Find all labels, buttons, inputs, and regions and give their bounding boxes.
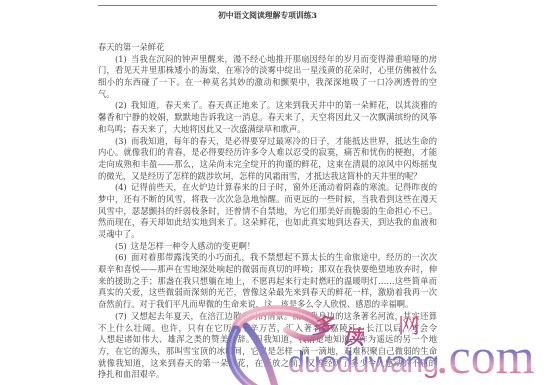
paragraph-line: 真实的关爱，这些微弱而深刻的光芒，曾像这朵最先来到春天的鲜花一样，激励着我再一次 [98, 287, 437, 299]
paragraph-line: 就像我知道，这来到春天的第一朵鲜花，在开放之前，又曾经历了多少令人感动的不屈的 [98, 358, 437, 370]
paragraph-line: 气。 [98, 89, 437, 101]
paragraph-line: 内心。就像我们的青春，是必得要经历许多令人难以忍受的寂寞，痛苦和忧伤的梗抱，才能 [98, 147, 437, 159]
paragraph-line: 方，在它的源头，那叫雪宝顶的冰峰间，它又是怎样一滴一滴地，艰难积聚自己微弱的生命 [98, 346, 437, 358]
paragraph-7: (7)又想起去年夏天，在涪江边散步时的情景。流经我身边的这条著名河流，其实还算 … [98, 311, 437, 381]
paragraph-number: (6) [115, 252, 127, 262]
line-text: 记得前些天，在火炉边计算春来的日子时，窗外还涌动着阴森的寒流。记得昨夜的 [131, 182, 437, 192]
paragraph-number: (1) [115, 54, 127, 64]
paragraph-number: (7) [115, 311, 127, 321]
paragraph-line: 馨香和宁静的姣娟，默默地告诉我这一消息。春天来了，天空将因此又一次飘满缤纷的风筝 [98, 112, 437, 124]
paragraph-line: 风雪中，瑟瑟颤抖的纤弱枝条时，还曾情不自禁地，为它们那美好而脆弱的生命担心不已。 [98, 206, 437, 218]
paragraph-line: 灵魂中了。 [98, 229, 437, 241]
paragraph-line: 不上什么壮阔。也许，只有在它历经千辛万苦，汇入著名的嘉陵江、长江以后，才会令 [98, 323, 437, 335]
paragraph-line: 艰辛和喜悦——那声在雪地深处响起的微弱而真切的呼唤；那双在我快要绝望地放弃时，伸 [98, 264, 437, 276]
paragraph-line: (3)而我知道，每年的春天，是必得要穿过最寒冷的日子，才能抵达世界，抵达生命的 [98, 136, 437, 148]
paragraph-line: 挣扎和血泪艰辛。 [98, 369, 437, 381]
article-title: 春天的第一朵鲜花 [98, 42, 437, 54]
paragraph-line: 细小的东西碰了一下。在一种莫名其妙的激动和颤栗中，我深深地吸了一口冷冽透骨的空 [98, 77, 437, 89]
watermark-domain-tld: .com [436, 331, 535, 381]
paragraph-line: 然而现在，春天却如此结实地到来了。这朵鲜花，也如此真实地到达春天，到达我的血液和 [98, 217, 437, 229]
header-title: 初中语文阅读理解专项训练3 [98, 11, 437, 21]
document-body: 春天的第一朵鲜花 (1)当我在沉闷的钟声里醒来，漫不经心地推开那扇因经年的岁月而… [98, 42, 437, 381]
paragraph-number: (5) [115, 241, 127, 251]
line-text: 这是怎样一种令人感动的变更啊！ [131, 241, 255, 251]
paragraph-line: 门，看见天井里那株矮小的海棠，在寒冷的淡雾中绽出一星浅黄的花朵时，心里仿佛被什么 [98, 65, 437, 77]
paragraph-number: (4) [115, 182, 127, 192]
line-text: 而我知道，每年的春天，是必得要穿过最寒冷的日子，才能抵达世界，抵达生命的 [131, 136, 437, 146]
paragraph-line: (2)我知道，春天来了。春天真正地来了。这来到我天井中的第一朵鲜花，以其淡雅的 [98, 100, 437, 112]
paragraph-line: 来的援助之手；那盏在我只想躺在地上，不愿再起来行走时燃旺的温暖明灯……这些简单而 [98, 276, 437, 288]
paragraph-4: (4)记得前些天，在火炉边计算春来的日子时，窗外还涌动着阴森的寒流。记得昨夜的 … [98, 182, 437, 240]
paragraph-line: 人想起诸如伟大、雄浑之类的赞美言辞。但我知道，我清楚地知道，作为遥远的另一个地 [98, 334, 437, 346]
paragraph-number: (2) [115, 100, 127, 110]
line-text: 又想起去年夏天，在涪江边散步时的情景。流经我身边的这条著名河流，其实还算 [131, 311, 437, 321]
paragraph-6: (6)面对着那带露浅笑的小巧面孔，我不禁想起不算太长的生命旅途中，经历的一次次 … [98, 252, 437, 310]
paragraph-line: 奋然前行。对于我们平凡而卑微的生命来说，这，该是多么令人欣悦、感恩的幸福啊。 [98, 299, 437, 311]
paragraph-5: (5)这是怎样一种令人感动的变更啊！ [98, 241, 437, 253]
paragraph-line: (4)记得前些天，在火炉边计算春来的日子时，窗外还涌动着阴森的寒流。记得昨夜的 [98, 182, 437, 194]
paragraph-line: 梦中，还有不断的风雪，将我一次次急急地惊醒。而更远的一些时候，当我看到这些在漫天 [98, 194, 437, 206]
paragraph-line: (5)这是怎样一种令人感动的变更啊！ [98, 241, 437, 253]
paragraph-line: (6)面对着那带露浅笑的小巧面孔，我不禁想起不算太长的生命旅途中，经历的一次次 [98, 252, 437, 264]
line-text: 面对着那带露浅笑的小巧面孔，我不禁想起不算太长的生命旅途中，经历的一次次 [131, 252, 437, 262]
paragraph-1: (1)当我在沉闷的钟声里醒来，漫不经心地推开那扇因经年的岁月而变得滞重喑哑的房 … [98, 54, 437, 101]
paragraph-line: 走向成熟和丰盈——那么，这朵尚未完全绽开的拘谨的鲜花，这束在清晨的凉风中闪烁摇曳 [98, 159, 437, 171]
paragraph-number: (3) [115, 136, 127, 146]
document-page: 初中语文阅读理解专项训练3 春天的第一朵鲜花 (1)当我在沉闷的钟声里醒来，漫不… [0, 0, 547, 385]
paragraph-3: (3)而我知道，每年的春天，是必得要穿过最寒冷的日子，才能抵达世界，抵达生命的 … [98, 136, 437, 183]
line-text: 我知道，春天来了。春天真正地来了。这来到我天井中的第一朵鲜花，以其淡雅的 [131, 100, 437, 110]
header-rule [98, 5, 437, 6]
paragraph-line: 的微光，又是经历了怎样的跋涉坎坷，怎样的风霜雨雪，才抵达我这简朴的天井里的呢？ [98, 171, 437, 183]
paragraph-line: (1)当我在沉闷的钟声里醒来，漫不经心地推开那扇因经年的岁月而变得滞重喑哑的房 [98, 54, 437, 66]
paragraph-line: (7)又想起去年夏天，在涪江边散步时的情景。流经我身边的这条著名河流，其实还算 [98, 311, 437, 323]
paragraph-2: (2)我知道，春天来了。春天真正地来了。这来到我天井中的第一朵鲜花，以其淡雅的 … [98, 100, 437, 135]
paragraph-line: 和鸟鸣；春天来了，大地将因此又一次盛满绿草和歌声。 [98, 124, 437, 136]
line-text: 当我在沉闷的钟声里醒来，漫不经心地推开那扇因经年的岁月而变得滞重喑哑的房 [131, 54, 437, 64]
